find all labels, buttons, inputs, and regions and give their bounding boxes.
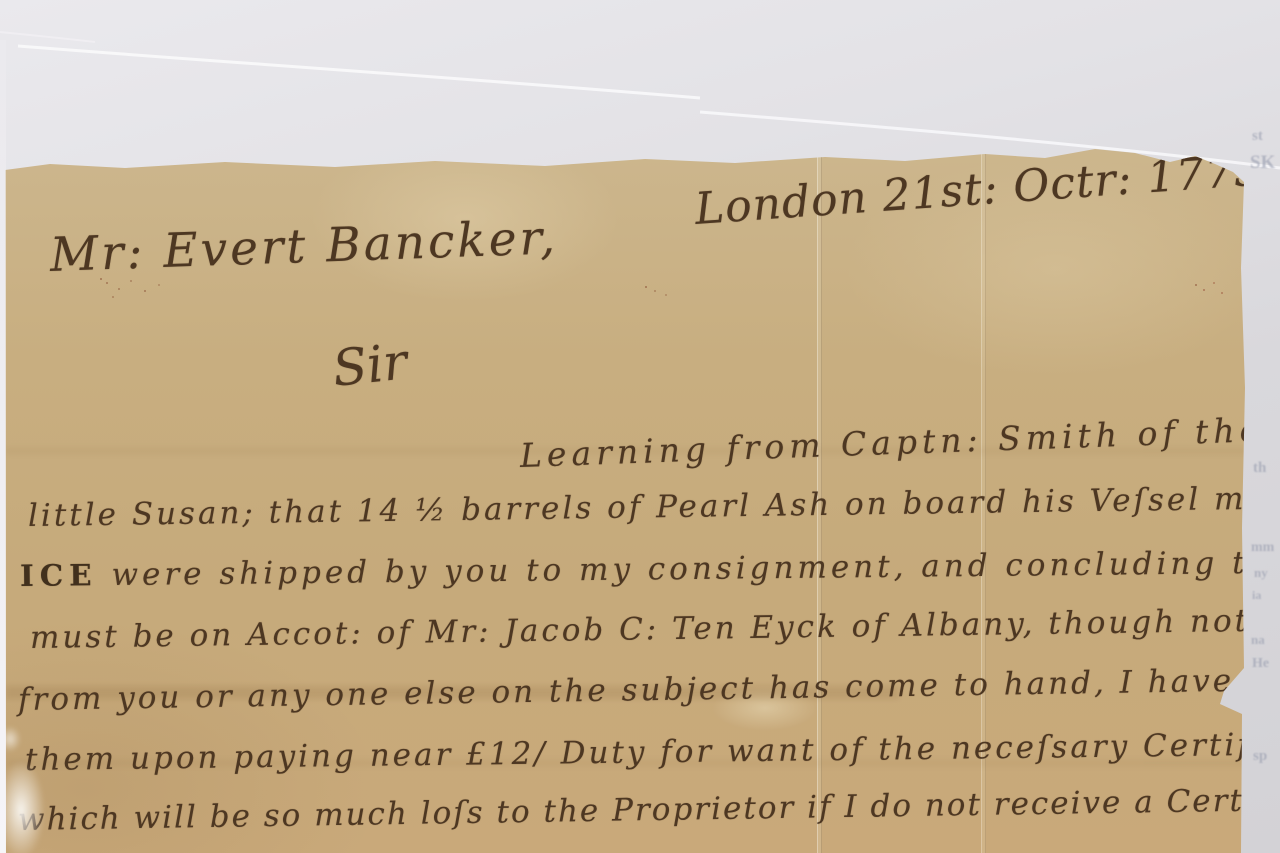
letter-body-line: from you or any one else on the subject … bbox=[18, 660, 1280, 718]
letter-salutation: Sir bbox=[330, 332, 410, 397]
ghost-print-fragment: th bbox=[1253, 460, 1266, 477]
paper-damage-blotch bbox=[0, 760, 45, 853]
ghost-print-fragment: SK bbox=[1250, 152, 1275, 174]
letter-body-line: which will be so much loſs to the Propri… bbox=[18, 781, 1280, 838]
sleeve-edge-sliver bbox=[0, 40, 6, 853]
foxing-specks bbox=[1195, 284, 1197, 286]
ghost-print-fragment: He bbox=[1252, 656, 1269, 672]
letter-photograph: st SK th mm ny ia na He sp London 21st: … bbox=[0, 0, 1280, 853]
letter-body-line: them upon paying near £12/ Duty for want… bbox=[25, 725, 1280, 778]
ghost-print-fragment: ny bbox=[1254, 565, 1268, 581]
letter-body-line-text: were shipped by you to my consignment, a… bbox=[111, 544, 1280, 593]
ghost-print-fragment: sp bbox=[1253, 748, 1267, 765]
letter-body-line: Learning from Captn: Smith of the bbox=[519, 410, 1264, 475]
letter-body-line: little Susan; that 14 ½ barrels of Pearl… bbox=[28, 480, 1280, 534]
ghost-print-fragment: mm bbox=[1251, 540, 1274, 556]
foxing-specks bbox=[645, 286, 647, 288]
ghost-print-fragment: ia bbox=[1252, 588, 1261, 603]
shipping-mark: ICE bbox=[20, 557, 98, 593]
letter-dateline: London 21st: Octr: 1773 bbox=[693, 144, 1264, 235]
letter-body-line: ICE were shipped by you to my consignmen… bbox=[20, 544, 1280, 594]
letter-recipient: Mr: Evert Bancker, bbox=[49, 210, 559, 283]
letter-paper-sheet: London 21st: Octr: 1773 Mr: Evert Bancke… bbox=[5, 148, 1247, 853]
letter-body-line: must be on Accot: of Mr: Jacob C: Ten Ey… bbox=[30, 601, 1280, 656]
ghost-print-fragment: st bbox=[1252, 128, 1263, 145]
ghost-print-fragment: na bbox=[1251, 632, 1265, 648]
